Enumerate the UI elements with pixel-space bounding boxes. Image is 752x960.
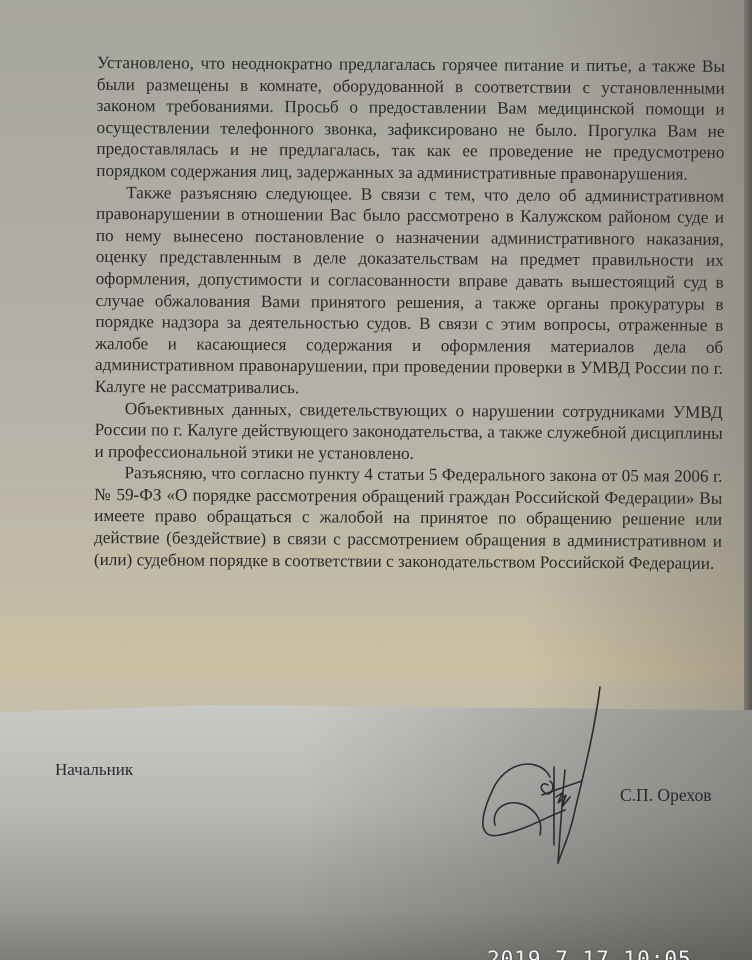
paragraph-conditions: Установлено, что неоднократно предлагала…	[96, 52, 725, 185]
paragraph-right-to-appeal: Разъясняю, что согласно пункту 4 статьи …	[94, 462, 723, 574]
handwritten-signature-icon	[470, 685, 620, 870]
photo-timestamp: 2019 7 17 10:05	[487, 949, 692, 960]
signer-name: С.П. Орехов	[620, 785, 711, 806]
lower-sheet	[0, 705, 752, 960]
signer-position: Начальник	[55, 760, 133, 780]
paragraph-no-violations: Объективных данных, свидетельствующих о …	[94, 397, 722, 466]
letter-body: Установлено, что неоднократно предлагала…	[94, 52, 725, 574]
paragraph-court-explanation: Также разъясняю следующее. В связи с тем…	[95, 182, 724, 402]
